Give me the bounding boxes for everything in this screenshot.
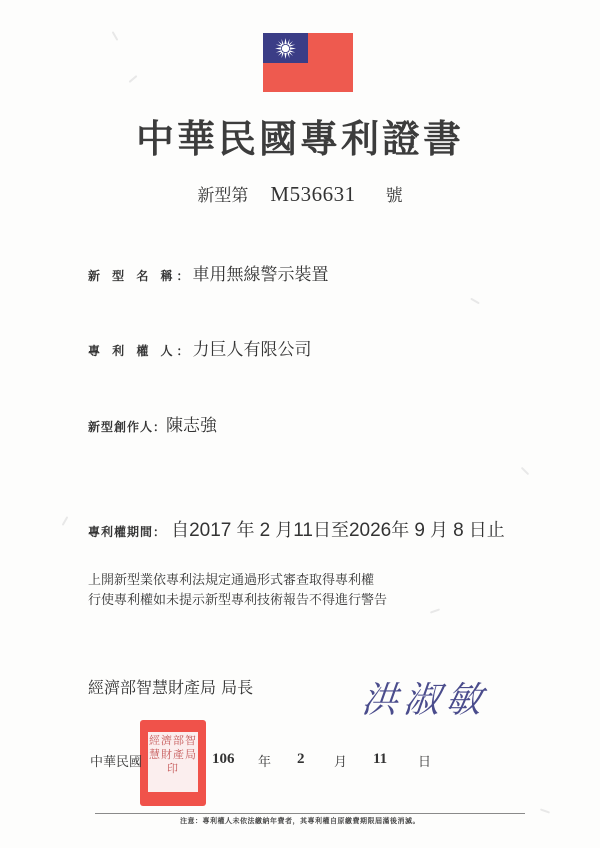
date-year-char: 年 xyxy=(258,751,271,770)
term-label: 專利權期間： xyxy=(88,525,166,539)
paper-fiber xyxy=(112,31,119,41)
paper-fiber xyxy=(540,808,550,813)
patent-term: 專利權期間： 自2017 年 2 月11日至2026年 9 月 8 日止 xyxy=(88,516,505,542)
footnote: 注意：專利權人未依法繳納年費者，其專利權自原繳費期限屆滿後消滅。 xyxy=(0,816,600,826)
legal-notice: 上開新型業依專利法規定通過形式審查取得專利權 行使專利權如未提示新型專利技術報告… xyxy=(88,571,387,611)
paper-fiber xyxy=(521,467,529,475)
issue-date: 中華民國 106 年 2 月 11 日 xyxy=(90,751,490,771)
term-end: 日止 xyxy=(469,520,505,541)
paper-fiber xyxy=(62,516,69,526)
patent-number: M536631 xyxy=(270,182,355,206)
term-month-char: 月 xyxy=(430,520,448,541)
field-value: 力巨人有限公司 xyxy=(193,340,312,360)
term-from-year: 2017 xyxy=(189,520,231,541)
paper-fiber xyxy=(470,298,480,305)
field-label: 專 利 權 人： xyxy=(88,344,193,358)
term-to-day: 8 xyxy=(453,520,464,541)
term-from-month: 2 xyxy=(260,520,271,541)
field-patentee: 專 利 權 人：力巨人有限公司 xyxy=(88,335,312,360)
date-month: 2 xyxy=(297,751,305,768)
notice-line: 行使專利權如未提示新型專利技術報告不得進行警告 xyxy=(88,591,387,611)
term-from-day: 11 xyxy=(293,520,313,541)
term-year-char: 年 xyxy=(236,520,254,541)
term-to-year: 2026 xyxy=(349,520,391,541)
number-prefix: 新型第 xyxy=(197,186,248,206)
term-year-char: 年 xyxy=(391,520,409,541)
white-sun-icon xyxy=(275,38,296,59)
number-suffix: 號 xyxy=(386,186,403,206)
date-day-char: 日 xyxy=(418,751,431,770)
date-month-char: 月 xyxy=(334,751,347,770)
certificate-title: 中華民國專利證書 xyxy=(0,108,600,163)
field-value: 陳志強 xyxy=(166,416,217,436)
term-from-prefix: 自 xyxy=(171,520,189,541)
issuing-office: 經濟部智慧財產局 局長 xyxy=(88,675,253,698)
notice-line: 上開新型業依專利法規定通過形式審查取得專利權 xyxy=(88,571,387,591)
national-flag xyxy=(263,33,353,92)
field-value: 車用無線警示裝置 xyxy=(193,265,329,285)
field-creator: 新型創作人：陳志強 xyxy=(88,411,217,436)
term-to-month: 9 xyxy=(414,520,425,541)
director-signature: 洪淑敏 xyxy=(359,672,490,723)
field-utility-model-name: 新 型 名 稱：車用無線警示裝置 xyxy=(88,260,329,285)
term-day-to: 日至 xyxy=(313,520,349,541)
field-label: 新型創作人： xyxy=(88,420,166,434)
field-label: 新 型 名 稱： xyxy=(88,269,193,283)
date-era: 中華民國 xyxy=(90,751,142,770)
patent-number-line: 新型第M536631號 xyxy=(0,181,600,207)
date-year: 106 xyxy=(212,751,235,768)
footer-divider xyxy=(95,813,525,814)
paper-fiber xyxy=(129,75,138,83)
paper-fiber xyxy=(430,608,440,613)
flag-canton xyxy=(263,33,308,63)
date-day: 11 xyxy=(373,751,387,768)
term-month-char: 月 xyxy=(275,520,293,541)
